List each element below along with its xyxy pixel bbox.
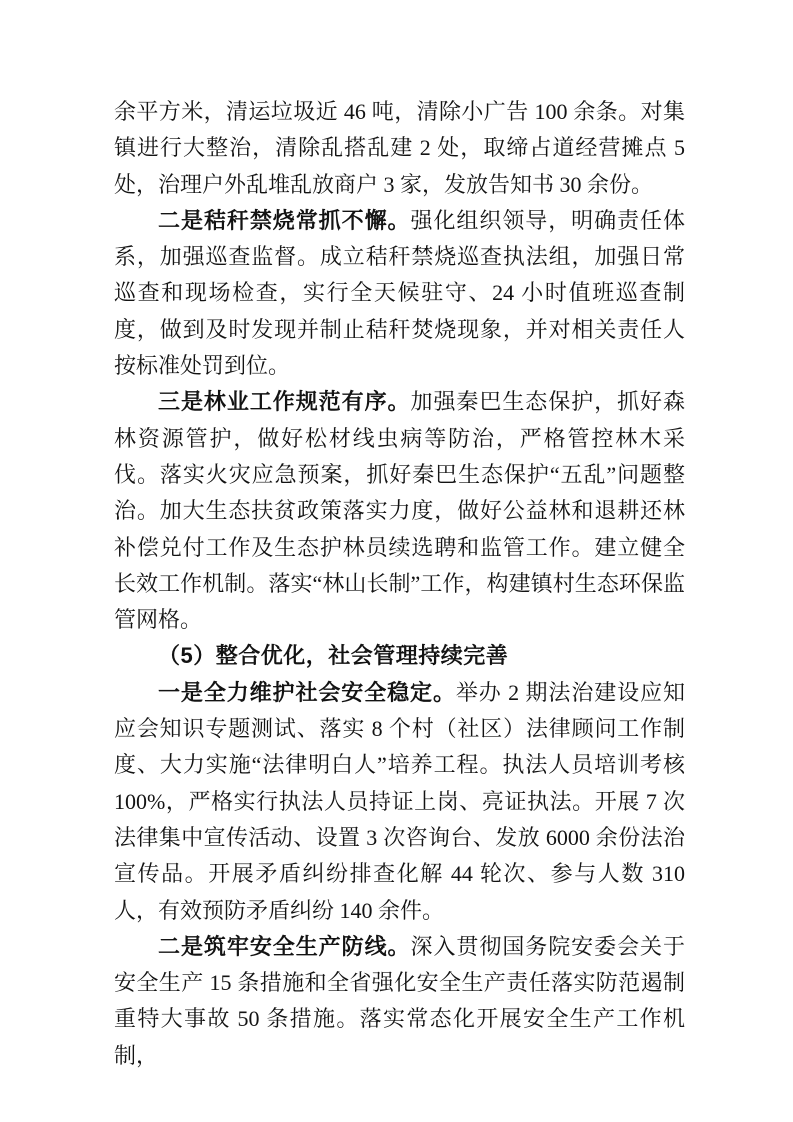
paragraph-forestry-work: 三是林业工作规范有序。加强秦巴生态保护，抓好森林资源管护，做好松材线虫病等防治，…	[114, 384, 685, 638]
paragraph-text: 强化组织领导，明确责任体系，加强巡查监督。成立秸秆禁烧巡查执法组，加强日常巡查和…	[114, 208, 685, 378]
paragraph-lead: 一是全力维护社会安全稳定。	[158, 680, 456, 705]
paragraph-production-safety: 二是筑牢安全生产防线。深入贯彻国务院安委会关于安全生产 15 条措施和全省强化安…	[114, 929, 685, 1074]
paragraph-lead: 三是林业工作规范有序。	[158, 389, 411, 414]
paragraph-town-cleanup-continuation: 余平方米，清运垃圾近 46 吨，清除小广告 100 余条。对集镇进行大整治，清除…	[114, 94, 685, 203]
section-heading-social-management: （5）整合优化，社会管理持续完善	[114, 638, 685, 674]
heading-text: （5）整合优化，社会管理持续完善	[158, 643, 508, 668]
paragraph-straw-burning-ban: 二是秸秆禁烧常抓不懈。强化组织领导，明确责任体系，加强巡查监督。成立秸秆禁烧巡查…	[114, 203, 685, 384]
document-text-block: 余平方米，清运垃圾近 46 吨，清除小广告 100 余条。对集镇进行大整治，清除…	[114, 94, 685, 1074]
paragraph-text: 加强秦巴生态保护，抓好森林资源管护，做好松材线虫病等防治，严格管控林木采伐。落实…	[114, 389, 685, 632]
paragraph-text: 余平方米，清运垃圾近 46 吨，清除小广告 100 余条。对集镇进行大整治，清除…	[114, 99, 685, 197]
document-page: 余平方米，清运垃圾近 46 吨，清除小广告 100 余条。对集镇进行大整治，清除…	[0, 0, 793, 1122]
paragraph-text: 举办 2 期法治建设应知应会知识专题测试、落实 8 个村（社区）法律顾问工作制度…	[114, 680, 685, 923]
paragraph-lead: 二是秸秆禁烧常抓不懈。	[158, 208, 411, 233]
paragraph-lead: 二是筑牢安全生产防线。	[158, 934, 411, 959]
paragraph-social-safety: 一是全力维护社会安全稳定。举办 2 期法治建设应知应会知识专题测试、落实 8 个…	[114, 675, 685, 929]
